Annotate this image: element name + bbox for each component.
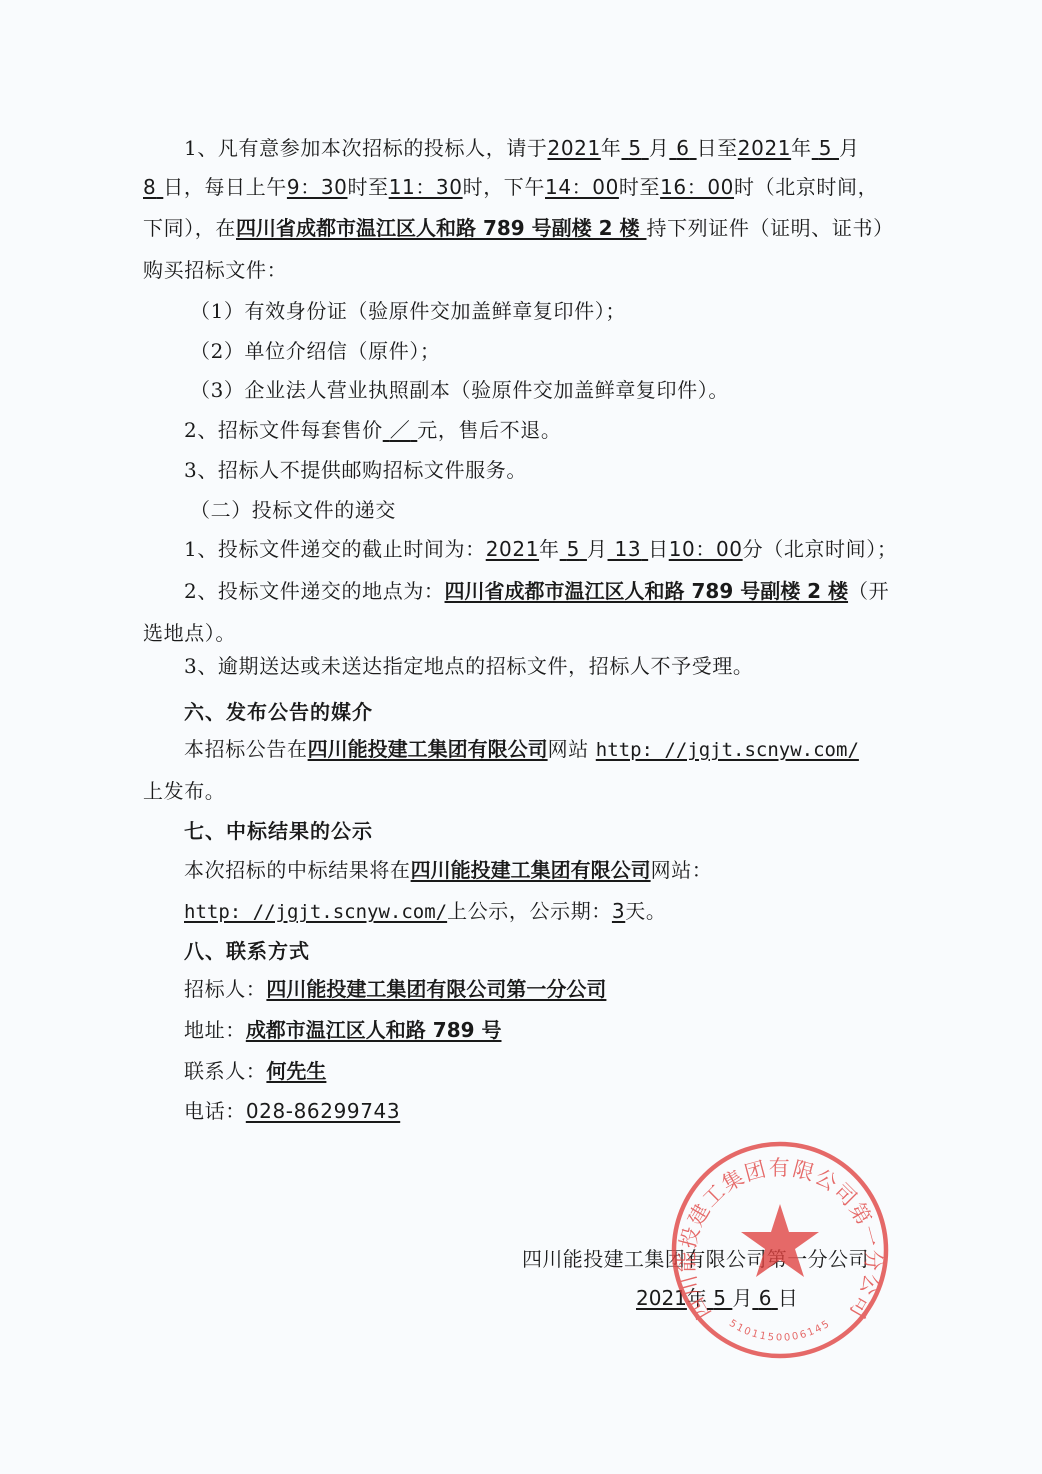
text: 年 [601,136,622,160]
text: 网站： [651,858,713,882]
text: 网站 [548,737,589,761]
section-6-heading: 六、发布公告的媒介 [184,699,924,725]
text: 2、招标文件每套售价 [184,418,383,442]
tenderer-name: 四川能投建工集团有限公司第一分公司 [266,977,606,1001]
value: 13 [615,537,642,561]
section-7-line-1: 本次招标的中标结果将在四川能投建工集团有限公司网站： [184,857,924,883]
purchase-item-1-line-2: 8 日，每日上午9：30时至11：30时，下午14：00时至16：00时（北京时… [143,174,883,200]
submission-item-2-line-2: 选地点）。 [143,620,883,646]
am-start-time: 9：30 [287,175,348,199]
section-6-line-2: 上发布。 [143,778,883,804]
purchase-item-1-line-4: 购买招标文件： [143,257,883,283]
submission-item-3: 3、逾期送达或未送达指定地点的招标文件，招标人不予受理。 [184,653,924,679]
value: 5 [567,537,580,561]
text: 日 [648,537,669,561]
value: ／ [390,418,411,442]
text: 日，每日上午 [163,175,287,199]
text: 月 [649,136,670,160]
section-8-heading: 八、联系方式 [184,938,924,964]
purchase-item-2: 2、招标文件每套售价 ／ 元，售后不退。 [184,417,924,443]
submission-heading: （二）投标文件的递交 [190,497,930,523]
pm-start-time: 14：00 [545,175,619,199]
signature-company: 四川能投建工集团有限公司第一分公司 [522,1246,869,1272]
section-7-line-2: http: //jgjt.scnyw.com/上公示，公示期：3天。 [184,898,924,925]
start-month: 5 [621,136,648,160]
end-day: 8 [143,175,163,199]
text: 下同），在 [143,216,236,240]
value: 6 [759,1286,772,1310]
text: 年 [539,537,560,561]
document-price: ／ [383,418,418,442]
text: 年 [687,1286,707,1310]
pm-end-time: 16：00 [660,175,734,199]
submission-item-1: 1、投标文件递交的截止时间为：2021年 5 月 13 日10：00分（北京时间… [184,536,924,562]
contact-person-value: 何先生 [266,1059,326,1083]
value: 5 [628,136,641,160]
value: 6 [676,136,689,160]
text: （开 [848,579,889,603]
signature-day: 6 [752,1286,777,1310]
value: 5 [713,1286,726,1310]
contact-person: 联系人：何先生 [184,1058,924,1084]
deadline-year: 2021 [486,537,539,561]
start-year: 2021 [548,136,601,160]
document-item-2: （2）单位介绍信（原件）； [190,338,930,364]
publisher-company: 四川能投建工集团有限公司 [308,737,548,761]
label: 电话： [184,1099,246,1123]
text: 天。 [625,899,666,923]
purchase-item-1-line-1: 1、凡有意参加本次招标的投标人，请于2021年 5 月 6 日至2021年 5 … [184,135,924,161]
deadline-month: 5 [560,537,587,561]
purchase-item-1-line-3: 下同），在四川省成都市温江区人和路 789 号副楼 2 楼 持下列证件（证明、证… [143,215,883,241]
deadline-day: 13 [608,537,649,561]
text: 本招标公告在 [184,737,308,761]
document-page: 1、凡有意参加本次招标的投标人，请于2021年 5 月 6 日至2021年 5 … [0,0,1042,1474]
phone-value: 028-86299743 [246,1099,400,1123]
text: 月 [732,1286,752,1310]
result-company: 四川能投建工集团有限公司 [411,858,651,882]
document-item-3: （3）企业法人营业执照副本（验原件交加盖鲜章复印件）。 [190,377,930,403]
end-year: 2021 [738,136,791,160]
text: 年 [791,136,812,160]
text: 时至 [619,175,660,199]
section-7-heading: 七、中标结果的公示 [184,818,924,844]
text: 月 [839,136,860,160]
publisher-website-link[interactable]: http: //jgjt.scnyw.com/ [596,739,859,761]
text: 元，售后不退。 [417,418,561,442]
section-6-line-1: 本招标公告在四川能投建工集团有限公司网站 http: //jgjt.scnyw.… [184,736,924,763]
address-value: 成都市温江区人和路 789 号 [246,1018,502,1042]
submission-item-2-line-1: 2、投标文件递交的地点为：四川省成都市温江区人和路 789 号副楼 2 楼（开 [184,578,924,604]
text: 时，下午 [463,175,545,199]
text: 2、投标文件递交的地点为： [184,579,445,603]
seal-code: 5101150006145 [727,1318,833,1344]
contact-phone: 电话：028-86299743 [184,1098,924,1124]
signature-year: 2021 [636,1286,687,1310]
text: 时（北京时间， [734,175,878,199]
signature-date: 2021年 5 月 6 日 [636,1285,798,1311]
document-item-1: （1）有效身份证（验原件交加盖鲜章复印件）； [190,298,930,324]
start-day: 6 [669,136,696,160]
text: 日 [778,1286,798,1310]
text: 月 [587,537,608,561]
end-month: 5 [812,136,839,160]
text: 时至 [347,175,388,199]
text: 上公示，公示期： [447,899,612,923]
purchase-item-3: 3、招标人不提供邮购招标文件服务。 [184,457,924,483]
purchase-location: 四川省成都市温江区人和路 789 号副楼 2 楼 [236,216,640,240]
publicity-period: 3 [612,899,625,923]
value: 5 [819,136,832,160]
value: 8 [143,175,156,199]
contact-tenderer: 招标人：四川能投建工集团有限公司第一分公司 [184,976,924,1002]
text: 持下列证件（证明、证书） [646,216,893,240]
submission-location: 四川省成都市温江区人和路 789 号副楼 2 楼 [445,579,849,603]
text: 本次招标的中标结果将在 [184,858,411,882]
label: 联系人： [184,1059,266,1083]
label: 地址： [184,1018,246,1042]
text: 1、凡有意参加本次招标的投标人，请于 [184,136,548,160]
contact-address: 地址：成都市温江区人和路 789 号 [184,1017,924,1043]
svg-text:5101150006145: 5101150006145 [727,1318,833,1344]
result-website-link[interactable]: http: //jgjt.scnyw.com/ [184,901,447,923]
signature-month: 5 [707,1286,732,1310]
am-end-time: 11：30 [389,175,463,199]
text: 分（北京时间）； [743,537,898,561]
text: 1、投标文件递交的截止时间为： [184,537,486,561]
label: 招标人： [184,977,266,1001]
text: 日至 [697,136,738,160]
deadline-time: 10：00 [669,537,743,561]
